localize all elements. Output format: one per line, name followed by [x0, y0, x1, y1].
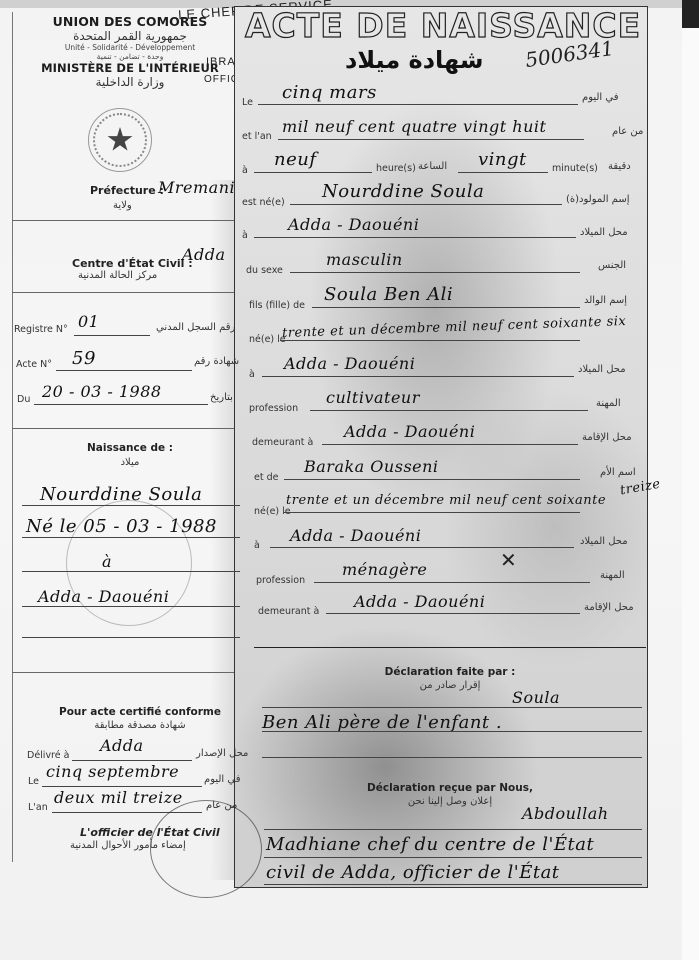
mother-profession-line	[314, 582, 590, 583]
delivre-label: Délivré à	[27, 750, 69, 761]
day-line	[258, 104, 578, 105]
delivre-line	[72, 760, 192, 761]
le-label: Le	[28, 776, 39, 787]
mother-profession-value: ménagère	[342, 560, 427, 579]
du-label: Du	[17, 394, 30, 405]
mother-dob-value: trente et un décembre mil neuf cent soix…	[286, 493, 606, 508]
minutes-label: minute(s)	[552, 163, 598, 174]
delivre-label-ar: محل الإصدار	[196, 748, 248, 759]
received-title: Déclaration reçue par Nous,	[340, 782, 560, 794]
birthplace-label: à	[242, 230, 248, 241]
registre-line	[74, 335, 150, 336]
registre-label-ar: رقم السجل المدني	[156, 322, 235, 333]
hours-label: heure(s)	[376, 163, 416, 174]
centre-label: Centre d'État Civil :	[72, 257, 193, 270]
father-name-label-ar: إسم الوالد	[584, 295, 627, 306]
sex-line	[290, 272, 580, 273]
le-value: cinq septembre	[46, 762, 179, 781]
cross-mark: ✕	[500, 548, 517, 572]
father-birthplace-label-ar: محل الميلاد	[578, 364, 626, 375]
prefecture-label-ar: ولاية	[113, 200, 132, 211]
divider	[12, 220, 234, 221]
year-label-ar: من عام	[612, 126, 643, 137]
father-profession-value: cultivateur	[326, 388, 420, 407]
scan-right-margin	[682, 0, 699, 960]
registre-label: Registre N°	[14, 324, 68, 335]
mother-profession-label-ar: المهنة	[600, 570, 625, 581]
mother-dob-line	[284, 512, 580, 513]
certified-title-ar: شهادة مصدقة مطابقة	[40, 720, 240, 731]
declaration-line	[262, 731, 642, 732]
mother-name-line	[284, 479, 580, 480]
father-residence-line	[322, 444, 578, 445]
receiver-line2: Madhiane chef du centre de l'État	[266, 834, 594, 855]
an-label: L'an	[28, 802, 48, 813]
ministry-ar: وزارة الداخلية	[30, 75, 230, 89]
divider	[12, 292, 234, 293]
du-line	[34, 404, 208, 405]
an-value: deux mil treize	[54, 788, 183, 807]
day-label-ar: في اليوم	[582, 92, 619, 103]
hours-line	[254, 172, 372, 173]
comoros-coat-of-arms-icon	[88, 108, 152, 172]
mother-profession-label: profession	[256, 575, 305, 586]
round-seal-stamp	[66, 500, 192, 626]
sex-label: du sexe	[246, 265, 283, 276]
delivre-value: Adda	[100, 736, 144, 755]
acte-label: Acte N°	[16, 359, 52, 370]
scan-corner-shadow	[682, 0, 699, 28]
received-line	[264, 829, 642, 830]
centre-label-ar: مركز الحالة المدنية	[78, 270, 157, 281]
birthplace-label-ar: محل الميلاد	[580, 227, 628, 238]
time-label: à	[242, 165, 248, 176]
acte-label-ar: شهادة رقم	[194, 356, 239, 367]
section-divider	[254, 647, 646, 648]
father-birthplace-line	[262, 376, 574, 377]
declaration-line	[262, 757, 642, 758]
acte-value: 59	[72, 348, 96, 369]
naissance-title: Naissance de :	[60, 442, 200, 454]
prefecture-value: Mremani	[158, 178, 235, 197]
naissance-title-ar: ميلاد	[60, 457, 200, 468]
year-label: et l'an	[242, 131, 272, 142]
sex-value: masculin	[326, 250, 403, 269]
father-birthplace-value: Adda - Daouéni	[284, 354, 415, 373]
sex-label-ar: الجنس	[598, 260, 626, 271]
mother-name-label: et de	[254, 472, 278, 483]
father-profession-label: profession	[249, 403, 298, 414]
official-round-stamp	[150, 800, 262, 898]
motto-fr: Unité - Solidarité - Développement	[30, 43, 230, 52]
mother-birthplace-label-ar: محل الميلاد	[580, 536, 628, 547]
day-label: Le	[242, 97, 253, 108]
year-line	[278, 139, 584, 140]
prefecture-label: Préfecture :	[90, 184, 164, 197]
certified-title: Pour acte certifié conforme	[40, 706, 240, 718]
child-name-line	[290, 204, 562, 205]
father-profession-line	[310, 410, 588, 411]
mother-name-value: Baraka Ousseni	[304, 457, 439, 476]
mother-residence-value: Adda - Daouéni	[354, 592, 485, 611]
mother-residence-label: demeurant à	[258, 606, 319, 617]
father-profession-label-ar: المهنة	[596, 398, 621, 409]
declaration-line	[262, 707, 642, 708]
declarant-line2: Ben Ali père de l'enfant .	[262, 712, 502, 733]
father-residence-value: Adda - Daouéni	[344, 422, 475, 441]
receiver-line3: civil de Adda, officier de l'État	[266, 862, 560, 883]
father-name-label: fils (fille) de	[249, 300, 305, 311]
day-value: cinq mars	[282, 82, 377, 103]
du-value: 20 - 03 - 1988	[42, 382, 162, 401]
divider	[12, 672, 234, 673]
mother-birthplace-line	[270, 547, 574, 548]
received-line	[264, 884, 642, 885]
motto-ar: وحدة - تضامن - تنمية	[30, 52, 230, 61]
minutes-value: vingt	[478, 149, 527, 170]
header-left: UNION DES COMORES جمهورية القمر المتحدة …	[30, 14, 230, 89]
child-name-label: est né(e)	[242, 197, 285, 208]
divider	[12, 428, 234, 429]
birthplace-value: Adda - Daouéni	[288, 215, 419, 234]
child-name-value: Nourddine Soula	[322, 181, 484, 202]
received-line	[264, 857, 642, 858]
father-birthplace-label: à	[249, 369, 255, 380]
title-ar: شهادة ميلاد	[345, 46, 484, 74]
le-label-ar: في اليوم	[204, 774, 241, 785]
le-line	[42, 786, 202, 787]
child-name-label-ar: إسم المولود(ة)	[566, 194, 629, 205]
mother-residence-label-ar: محل الإقامة	[584, 602, 634, 613]
mother-residence-line	[326, 613, 580, 614]
minutes-line	[458, 172, 548, 173]
naissance-line	[22, 637, 240, 638]
father-name-value: Soula Ben Ali	[324, 284, 453, 305]
father-dob-line	[280, 340, 580, 341]
registre-value: 01	[78, 312, 99, 331]
father-residence-label-ar: محل الإقامة	[582, 432, 632, 443]
ministry-fr: MINISTÈRE DE L'INTÉRIEUR	[30, 61, 230, 75]
mother-birthplace-value: Adda - Daouéni	[290, 526, 421, 545]
mother-birthplace-label: à	[254, 540, 260, 551]
birthplace-line	[254, 237, 576, 238]
receiver-line1: Abdoullah	[522, 804, 609, 823]
year-value: mil neuf cent quatre vingt huit	[282, 117, 546, 136]
declarant-line1: Soula	[512, 688, 560, 707]
declaration-title: Déclaration faite par :	[350, 666, 550, 678]
mother-name-label-ar: اسم الأم	[600, 467, 636, 478]
hours-value: neuf	[274, 149, 317, 170]
country-name-ar: جمهورية القمر المتحدة	[30, 29, 230, 43]
hours-label-ar: الساعة	[418, 161, 447, 172]
father-residence-label: demeurant à	[252, 437, 313, 448]
father-name-line	[312, 307, 580, 308]
centre-value: Adda	[182, 245, 226, 264]
du-label-ar: بتاريخ	[210, 392, 233, 403]
acte-line	[56, 370, 192, 371]
minutes-label-ar: دقيقة	[608, 161, 631, 172]
